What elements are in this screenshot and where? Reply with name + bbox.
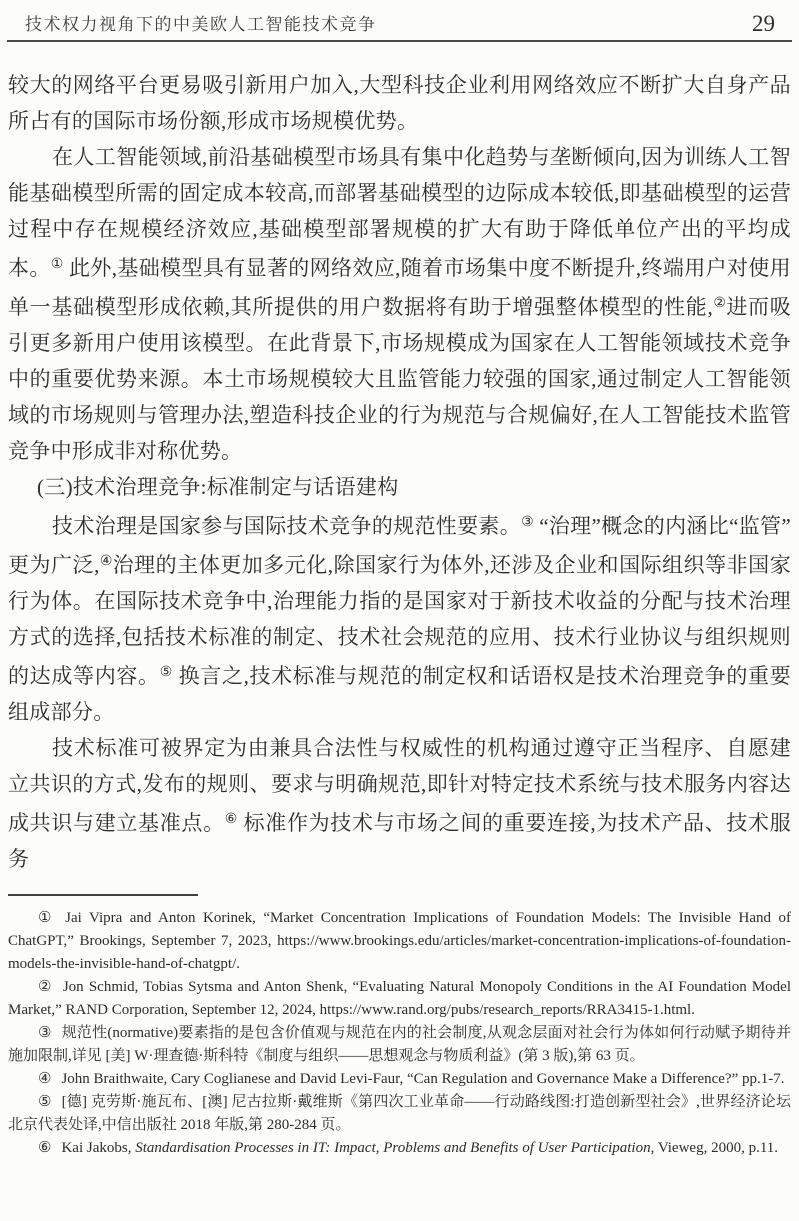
text-segment: Jai Vipra and Anton Korinek, “Market Con… [8, 910, 791, 972]
footnote-reference: ② [713, 296, 726, 311]
section-heading: (三)技术治理竞争:标准制定与话语建构 [8, 469, 791, 505]
footnote-item: ③规范性(normative)要素指的是包含价值观与规范在内的社会制度,从观念层… [8, 1022, 791, 1068]
footnote-marker: ② [38, 979, 53, 995]
text-segment: (三)技术治理竞争:标准制定与话语建构 [37, 475, 399, 499]
paragraph: 技术标准可被界定为由兼具合法性与权威性的机构通过遵守正当程序、自愿建立共识的方式… [8, 730, 791, 877]
page-number: 29 [752, 12, 775, 35]
running-title: 技术权力视角下的中美欧人工智能技术竞争 [25, 10, 377, 35]
text-segment: 规范性(normative)要素指的是包含价值观与规范在内的社会制度,从观念层面… [8, 1025, 791, 1064]
text-segment: John Braithwaite, Cary Coglianese and Da… [61, 1071, 784, 1087]
footnote-item: ⑥Kai Jakobs, Standardisation Processes i… [8, 1137, 791, 1160]
footnote-item: ①Jai Vipra and Anton Korinek, “Market Co… [8, 907, 791, 976]
text-segment: 进而吸引更多新用户使用该模型。在此背景下,市场规模成为国家在人工智能领域技术竞争… [8, 295, 791, 463]
footnote-item: ②Jon Schmid, Tobias Sytsma and Anton She… [8, 976, 791, 1022]
footnote-reference: ③ [521, 515, 534, 530]
footnote-reference: ④ [100, 554, 113, 569]
footnote-item: ④John Braithwaite, Cary Coglianese and D… [8, 1068, 791, 1091]
text-segment: 技术治理是国家参与国际技术竞争的规范性要素。 [52, 514, 521, 538]
footnotes: ①Jai Vipra and Anton Korinek, “Market Co… [0, 907, 799, 1160]
paragraph: 在人工智能领域,前沿基础模型市场具有集中化趋势与垄断倾向,因为训练人工智能基础模… [8, 139, 791, 469]
footnote-marker: ① [38, 910, 55, 926]
text-segment: Kai Jakobs, [61, 1140, 135, 1156]
footnote-reference: ① [51, 257, 64, 272]
footnote-marker: ⑥ [38, 1140, 51, 1156]
paragraph: 技术治理是国家参与国际技术竞争的规范性要素。③ “治理”概念的内涵比“监管”更为… [8, 505, 791, 730]
text-segment: , Vieweg, 2000, p.11. [651, 1140, 778, 1156]
text-segment: 较大的网络平台更易吸引新用户加入,大型科技企业利用网络效应不断扩大自身产品所占有… [8, 73, 791, 133]
footnote-marker: ⑤ [38, 1094, 52, 1110]
footnote-item: ⑤[德] 克劳斯·施瓦布、[澳] 尼古拉斯·戴维斯《第四次工业革命——行动路线图… [8, 1091, 791, 1137]
footnote-reference: ⑥ [225, 812, 238, 827]
footnote-marker: ③ [38, 1025, 52, 1041]
page-header: 技术权力视角下的中美欧人工智能技术竞争 29 [0, 0, 799, 40]
paragraph-continuation: 较大的网络平台更易吸引新用户加入,大型科技企业利用网络效应不断扩大自身产品所占有… [8, 67, 791, 139]
text-segment: Standardisation Processes in IT: Impact,… [135, 1140, 650, 1156]
body-text: 较大的网络平台更易吸引新用户加入,大型科技企业利用网络效应不断扩大自身产品所占有… [0, 42, 799, 877]
footnote-separator [8, 894, 198, 896]
footnote-marker: ④ [38, 1071, 51, 1087]
text-segment: 此外,基础模型具有显著的网络效应,随着市场集中度不断提升,终端用户对使用单一基础… [8, 256, 791, 319]
footnote-reference: ⑤ [160, 665, 173, 680]
text-segment: [德] 克劳斯·施瓦布、[澳] 尼古拉斯·戴维斯《第四次工业革命——行动路线图:… [8, 1094, 791, 1133]
text-segment: Jon Schmid, Tobias Sytsma and Anton Shen… [8, 979, 791, 1018]
journal-page: 技术权力视角下的中美欧人工智能技术竞争 29 较大的网络平台更易吸引新用户加入,… [0, 0, 799, 1221]
